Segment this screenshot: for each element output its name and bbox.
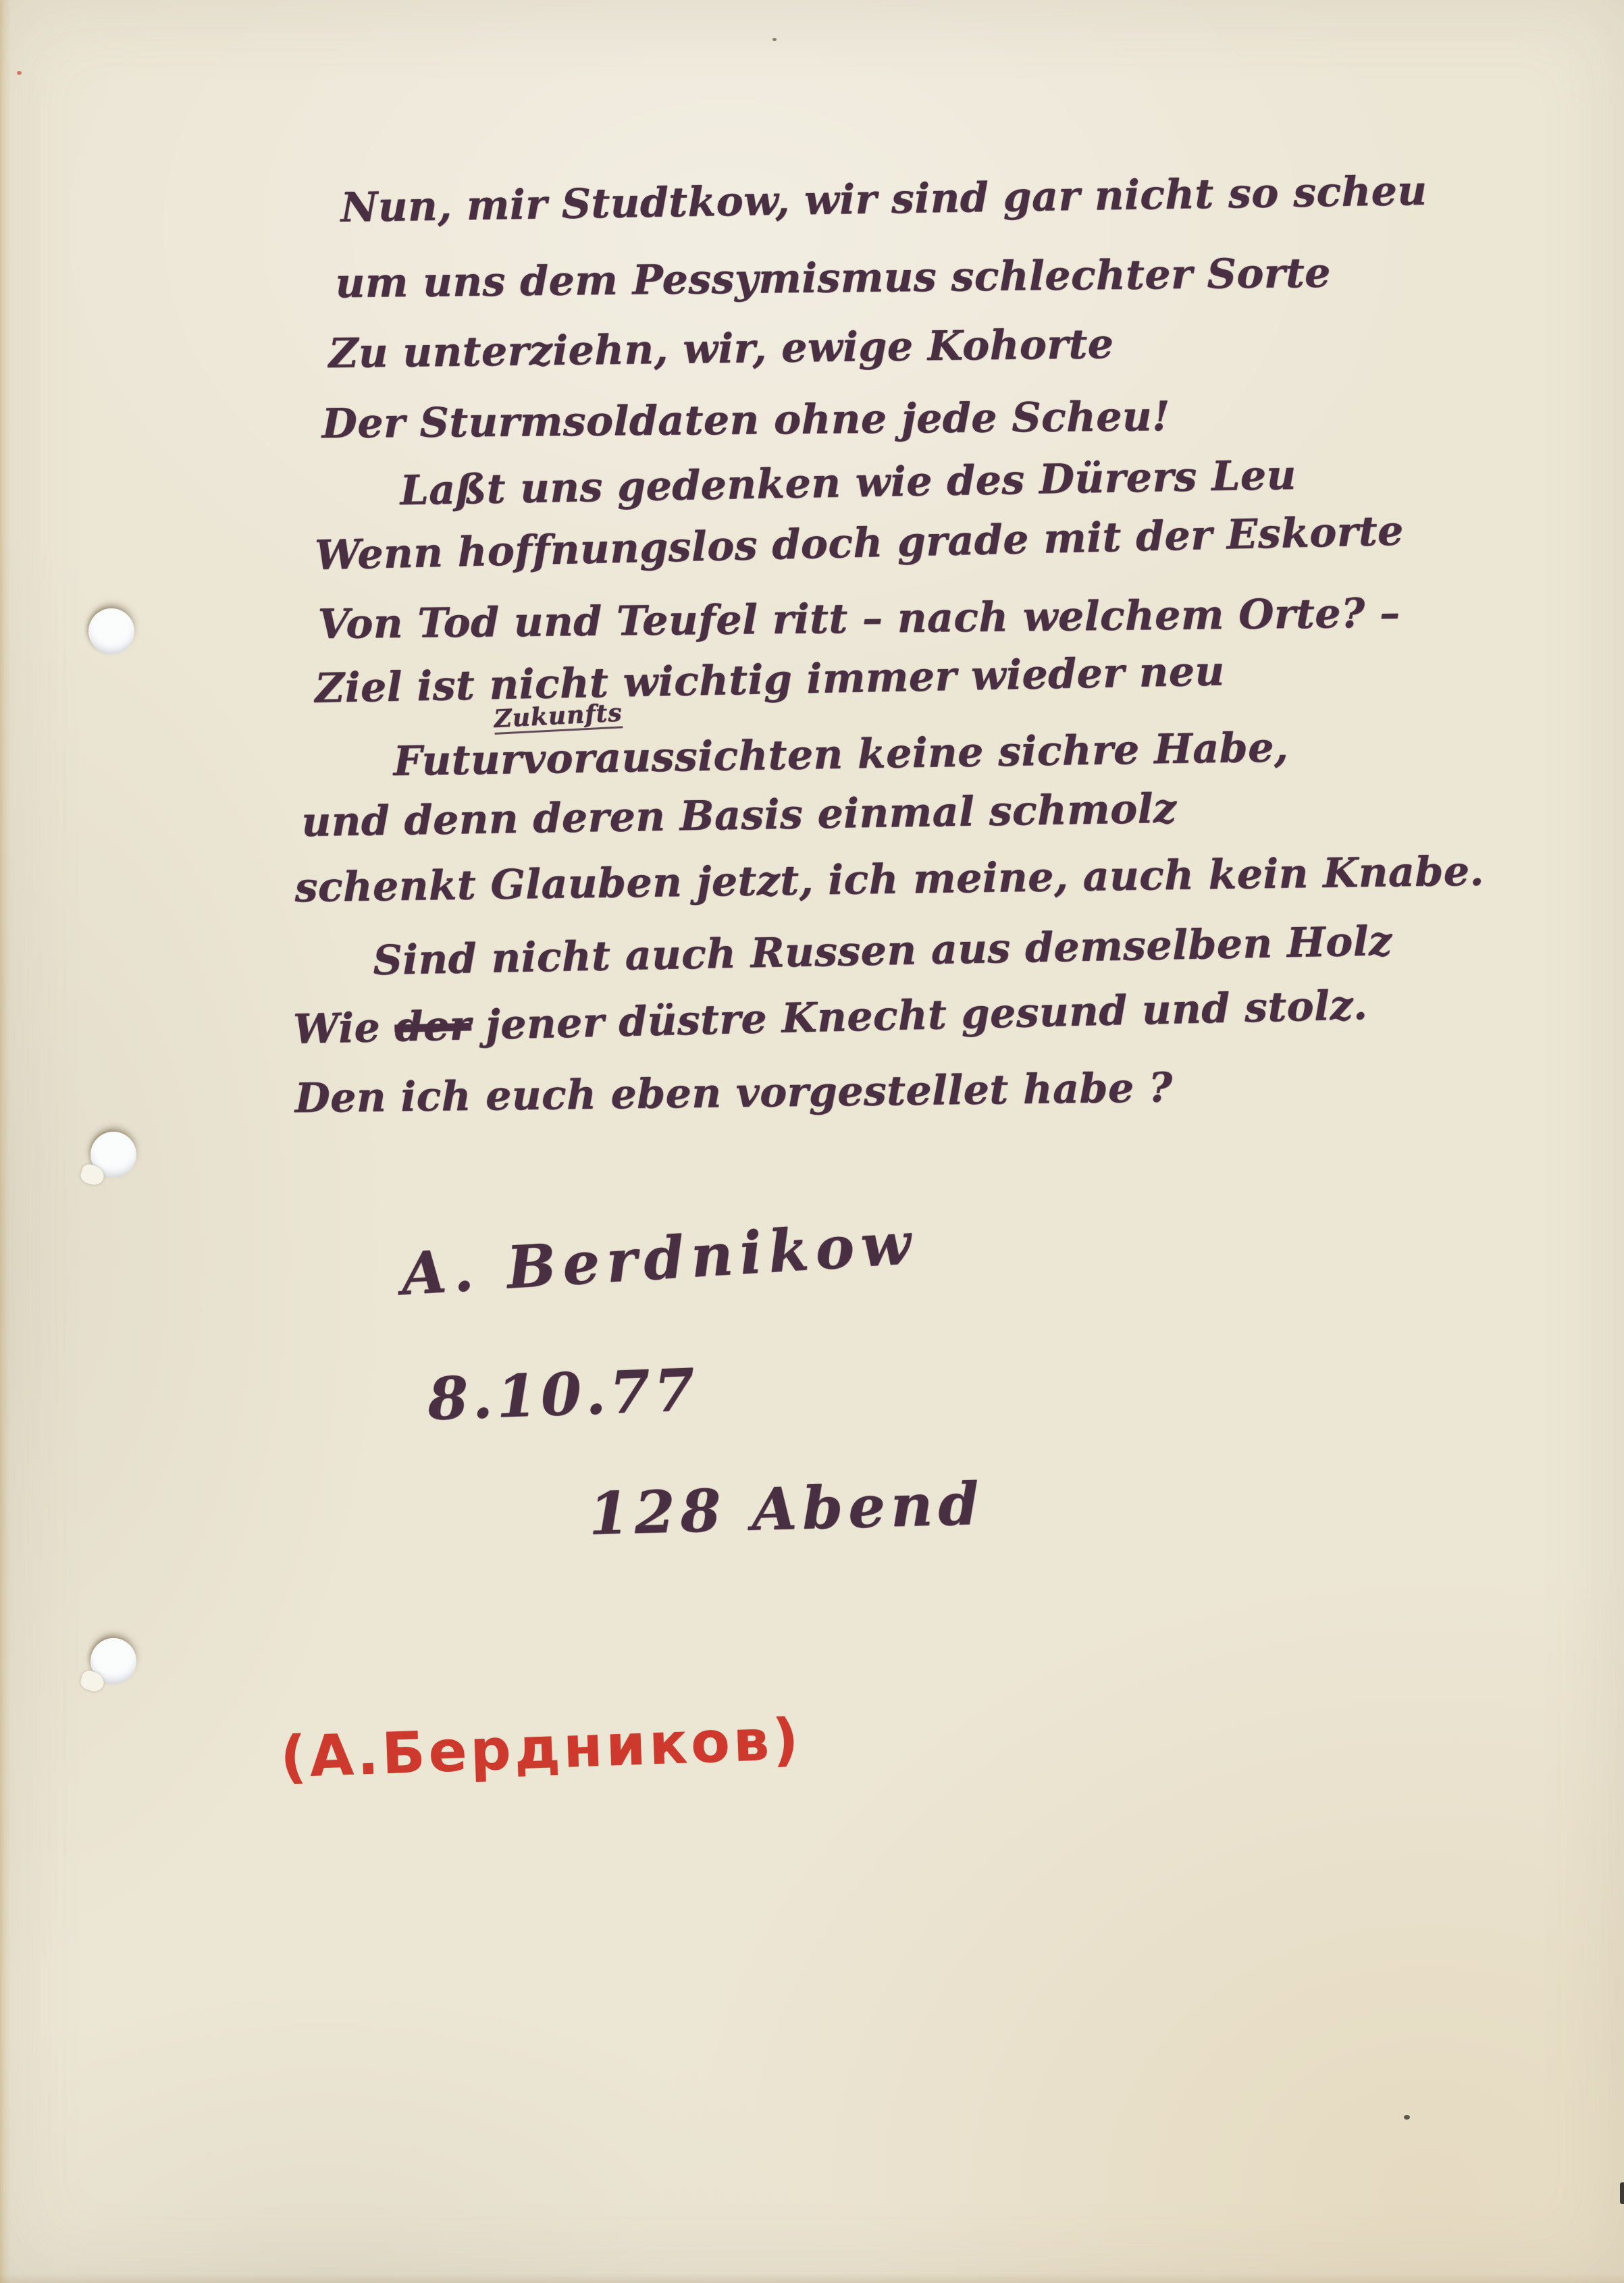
poem-line-rest: jener düstre Knecht gesund und stolz.	[471, 982, 1368, 1049]
poem-line: um uns dem Pessymismus schlechter Sorte	[335, 253, 1331, 304]
poem-line: Ziel ist nicht wichtig immer wieder neu	[315, 651, 1225, 709]
poem-line: Laßt uns gedenken wie des Dürers Leu	[400, 455, 1296, 511]
signature-date: 8.10.77	[427, 1361, 700, 1429]
poem-line: Wenn hoffnungslos doch grade mit der Esk…	[315, 510, 1405, 576]
paper-speck	[772, 38, 777, 41]
insertion-anchor: Zukunfts Futur	[393, 739, 523, 782]
poem-line: Der Sturmsoldaten ohne jede Scheu!	[321, 396, 1170, 444]
poem-line-rest: voraussichten keine sichre Habe,	[522, 724, 1289, 783]
red-ink-signature: (А.Бердников)	[280, 1706, 803, 1791]
poem-line: Nun, mir Studtkow, wir sind gar nicht so…	[340, 171, 1427, 228]
punch-hole-top	[88, 608, 134, 654]
poem-line: Von Tod und Teufel ritt – nach welchem O…	[317, 593, 1400, 645]
punch-hole-bottom	[90, 1638, 136, 1684]
poem-line: und denn deren Basis einmal schmolz	[301, 789, 1177, 843]
paper-speck	[17, 71, 22, 75]
poem-line-with-strikethrough: Wie der jener düstre Knecht gesund und s…	[293, 985, 1368, 1050]
poem-line: Zu unterziehn, wir, ewige Kohorte	[328, 324, 1114, 374]
paper-speck	[1404, 2115, 1410, 2120]
replaced-word: Futur	[393, 736, 523, 785]
inserted-correction-word: Zukunfts	[494, 700, 623, 735]
scanned-paper-page: Nun, mir Studtkow, wir sind gar nicht so…	[0, 0, 1624, 2283]
signature-name: A. Berdnikow	[400, 1214, 919, 1304]
scribbled-out-word: der	[394, 1002, 472, 1051]
poem-line: Den ich euch eben vorgestellet habe ?	[294, 1068, 1173, 1119]
poem-line-with-insertion: Zukunfts Futur voraussichten keine sichr…	[393, 727, 1289, 782]
scan-edge-mark	[1620, 2182, 1624, 2204]
signature-evening-note: 128 Abend	[588, 1475, 985, 1544]
poem-line-prefix: Wie	[293, 1004, 396, 1053]
poem-line: Sind nicht auch Russen aus demselben Hol…	[373, 921, 1392, 981]
punch-hole-middle	[90, 1132, 136, 1178]
poem-line: schenkt Glauben jetzt, ich meine, auch k…	[294, 851, 1484, 908]
